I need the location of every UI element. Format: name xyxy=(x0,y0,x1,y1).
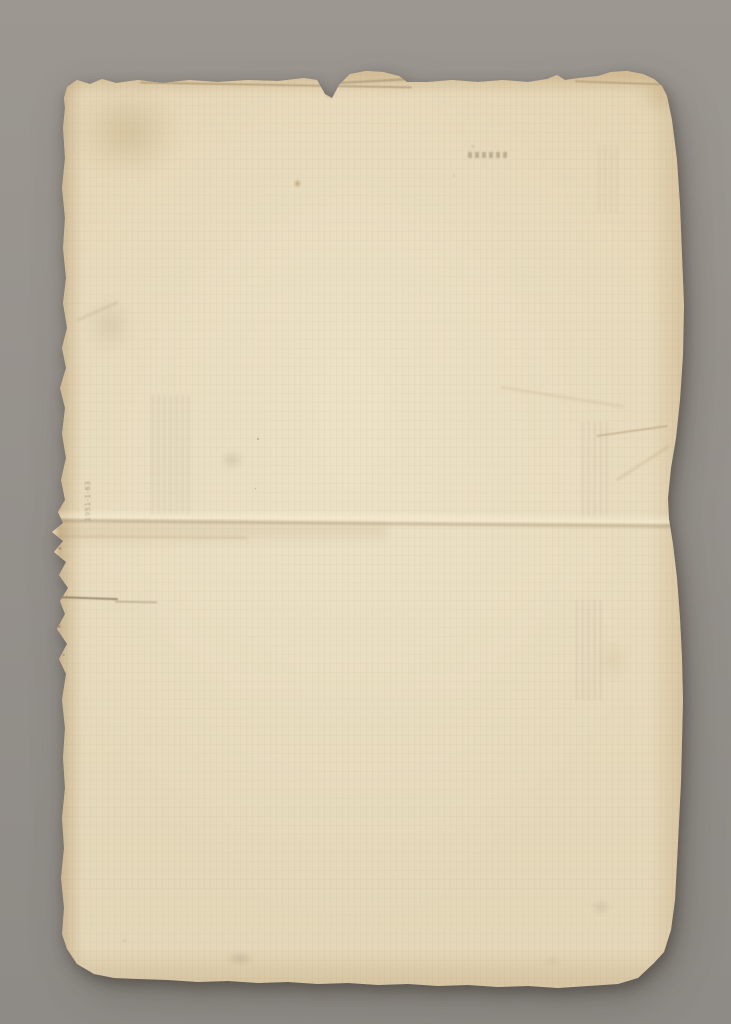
paper-shadow-wrap: 1951-1-63 xyxy=(0,0,731,1024)
accession-inscription: 1951-1-63 xyxy=(63,493,113,509)
paper-texture xyxy=(0,0,731,1024)
photograph: 1951-1-63 xyxy=(0,0,731,1024)
upper-left-curve-mark xyxy=(77,301,118,321)
second-crease-left xyxy=(58,535,248,538)
fold-shadow-line xyxy=(58,519,682,527)
faint-pencil-inscription xyxy=(468,152,508,158)
foxing-spot xyxy=(292,177,303,190)
top-notch-shadow xyxy=(322,88,338,100)
left-striations xyxy=(152,395,190,515)
speck-upper-center xyxy=(452,172,456,179)
top-left-corner-shade xyxy=(58,72,198,192)
edge-speck-4 xyxy=(61,653,66,657)
upper-diagonal-crease xyxy=(501,386,625,408)
top-right-corner-shade xyxy=(630,70,690,120)
top-flap-shadow xyxy=(340,78,410,84)
right-diagonal-crease-2 xyxy=(616,445,669,480)
upper-left-smudge xyxy=(80,290,140,360)
right-striations-lower xyxy=(576,600,606,700)
left-fold-crack-tail xyxy=(115,601,157,603)
fold-undershadow-left xyxy=(58,525,388,547)
right-striations-top xyxy=(598,145,622,213)
top-right-edge-crease xyxy=(575,80,671,85)
right-diagonal-crease xyxy=(596,425,668,437)
bottom-right-spot xyxy=(543,956,561,966)
edge-speck-2 xyxy=(60,580,65,584)
speck-b xyxy=(254,487,257,490)
right-edge-browning xyxy=(650,85,686,965)
edge-speck-1 xyxy=(57,546,63,551)
speck-a xyxy=(256,437,260,441)
top-edge-crease xyxy=(140,82,412,89)
bottom-left-speck xyxy=(122,939,127,943)
left-edge-browning xyxy=(56,78,82,978)
bottom-edge-browning xyxy=(62,948,678,988)
right-mid-stain xyxy=(596,632,630,688)
paper-sheet: 1951-1-63 xyxy=(0,0,731,1024)
left-fold-crack xyxy=(50,596,118,600)
top-edge-browning xyxy=(60,70,670,94)
right-striations-upper xyxy=(582,422,608,517)
bottom-smudge xyxy=(222,950,258,967)
fold-highlight xyxy=(58,508,682,523)
edge-speck-3 xyxy=(56,624,62,629)
faint-inscription-speck xyxy=(470,144,476,149)
bottom-right-smudge xyxy=(588,897,614,917)
center-left-smudge xyxy=(216,448,248,472)
marks-layer: 1951-1-63 xyxy=(0,0,731,1024)
